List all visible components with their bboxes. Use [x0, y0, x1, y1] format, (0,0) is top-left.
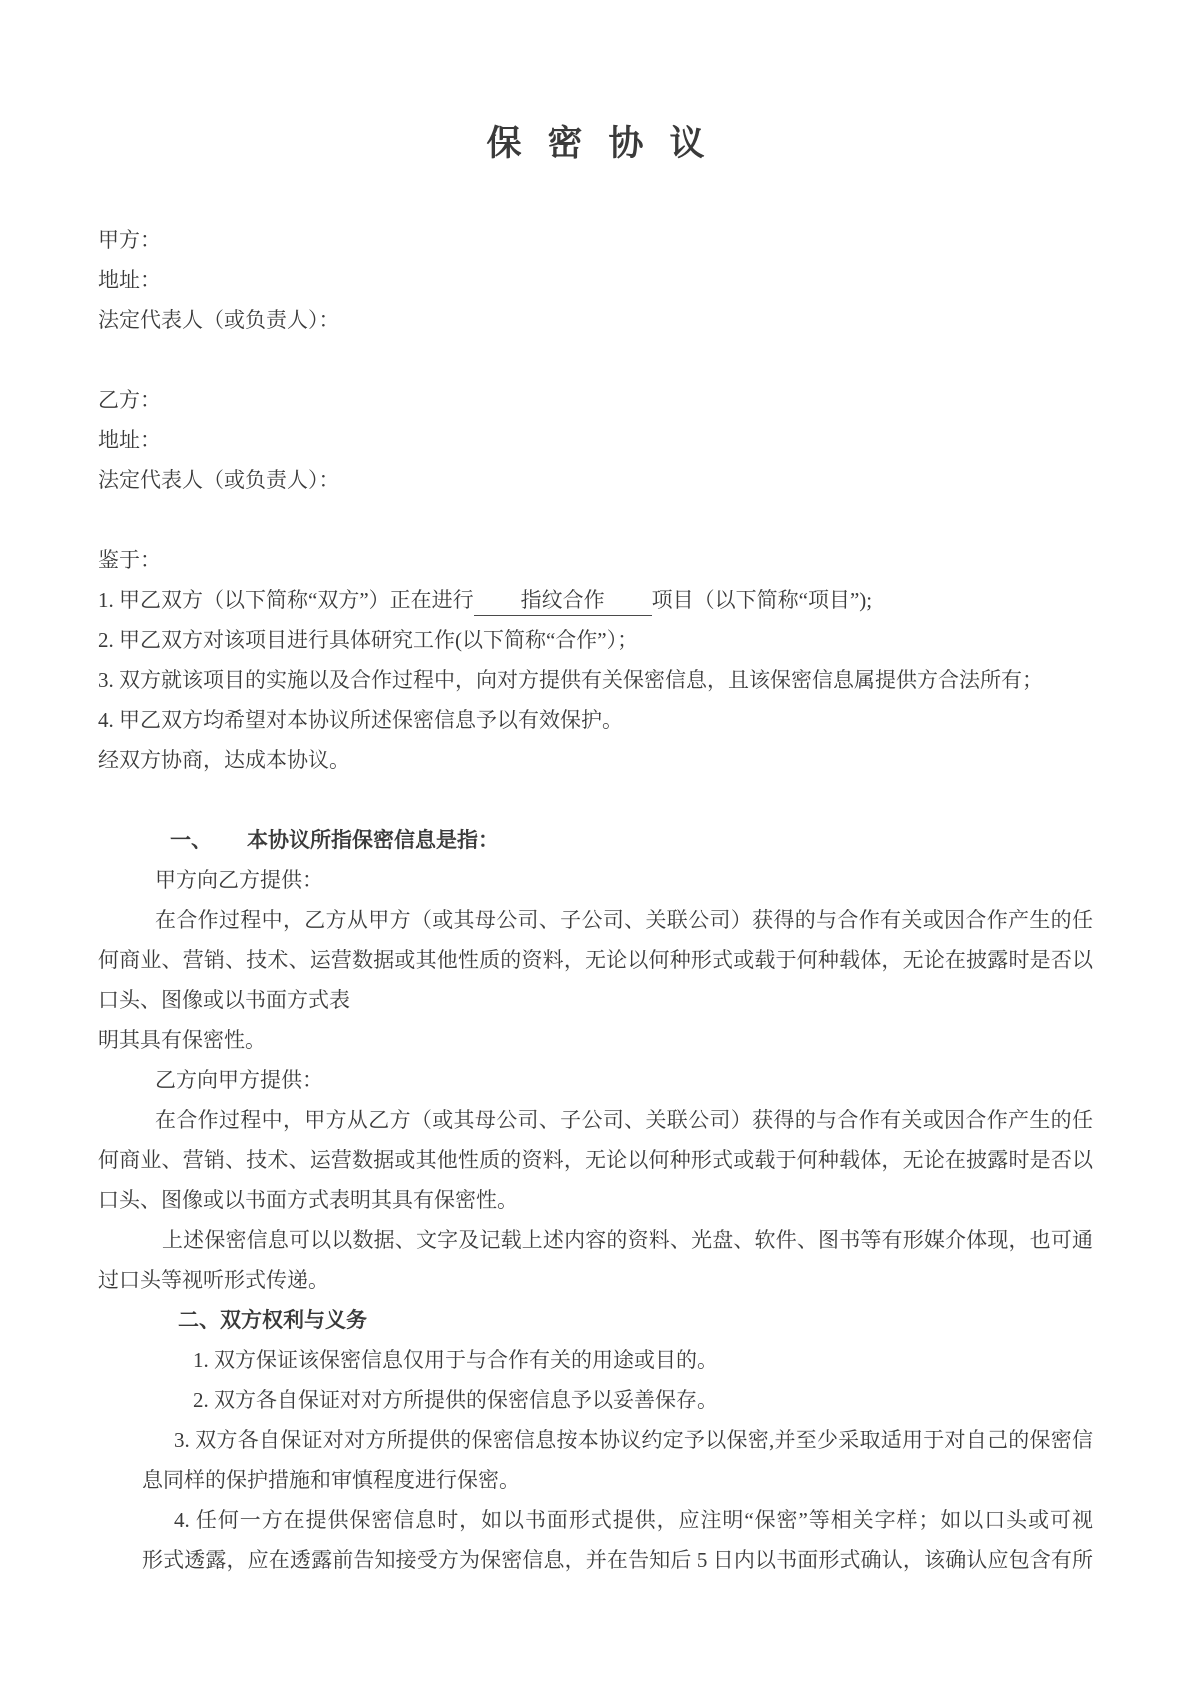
document-body: 甲方： 地址： 法定代表人（或负责人）： 乙方： 地址： 法定代表人（或负责人）… [98, 220, 1093, 1580]
section-1-heading-text: 本协议所指保密信息是指： [247, 828, 499, 852]
party-a-label: 甲方： [98, 220, 1093, 260]
preamble-item-1-prefix: 1. 甲乙双方（以下简称“双方”）正在进行 [98, 588, 474, 612]
document-title: 保密协议 [98, 0, 1093, 166]
preamble-item-1: 1. 甲乙双方（以下简称“双方”）正在进行指纹合作项目（以下简称“项目”); [98, 580, 1093, 620]
section-2-heading: 二、双方权利与义务 [98, 1300, 1093, 1340]
party-b-address-label: 地址： [98, 420, 1093, 460]
party-b-label: 乙方： [98, 380, 1093, 420]
whereas-label: 鉴于： [98, 540, 1093, 580]
confidential-media-paragraph: 上述保密信息可以以数据、文字及记载上述内容的资料、光盘、软件、图书等有形媒介体现… [98, 1220, 1093, 1300]
section-2-item-3: 3. 双方各自保证对对方所提供的保密信息按本协议约定予以保密,并至少采取适用于对… [98, 1420, 1093, 1500]
party-a-address-label: 地址： [98, 260, 1093, 300]
preamble-item-1-suffix: 项目（以下简称“项目”); [652, 588, 872, 612]
party-b-provides-paragraph: 在合作过程中，甲方从乙方（或其母公司、子公司、关联公司）获得的与合作有关或因合作… [98, 1100, 1093, 1220]
spacer [98, 340, 1093, 380]
spacer [98, 780, 1093, 820]
section-1-number: 一、 [170, 828, 212, 852]
party-a-representative-label: 法定代表人（或负责人）： [98, 300, 1093, 340]
project-name-blank: 指纹合作 [474, 585, 652, 616]
section-2-item-2: 2. 双方各自保证对对方所提供的保密信息予以妥善保存。 [98, 1380, 1093, 1420]
party-a-provides-paragraph-tail: 明其具有保密性。 [98, 1020, 1093, 1060]
preamble-item-3: 3. 双方就该项目的实施以及合作过程中，向对方提供有关保密信息，且该保密信息属提… [98, 660, 1093, 700]
party-a-provides-label: 甲方向乙方提供： [98, 860, 1093, 900]
section-2-item-4: 4. 任何一方在提供保密信息时，如以书面形式提供，应注明“保密”等相关字样；如以… [98, 1500, 1093, 1580]
party-b-representative-label: 法定代表人（或负责人）： [98, 460, 1093, 500]
preamble-item-4: 4. 甲乙双方均希望对本协议所述保密信息予以有效保护。 [98, 700, 1093, 740]
section-1-heading: 一、本协议所指保密信息是指： [98, 820, 1093, 860]
spacer [98, 500, 1093, 540]
party-a-provides-paragraph: 在合作过程中，乙方从甲方（或其母公司、子公司、关联公司）获得的与合作有关或因合作… [98, 900, 1093, 1020]
party-b-provides-label: 乙方向甲方提供： [98, 1060, 1093, 1100]
contract-page: 保密协议 甲方： 地址： 法定代表人（或负责人）： 乙方： 地址： 法定代表人（… [0, 0, 1191, 1684]
section-2-item-1: 1. 双方保证该保密信息仅用于与合作有关的用途或目的。 [98, 1340, 1093, 1380]
preamble-conclusion: 经双方协商，达成本协议。 [98, 740, 1093, 780]
preamble-item-2: 2. 甲乙双方对该项目进行具体研究工作(以下简称“合作”）； [98, 620, 1093, 660]
section-2-item-4-line-1: 4. 任何一方在提供保密信息时，如以书面形式提供，应注明“保密”等相关字样；如以… [142, 1500, 1093, 1540]
section-2-item-4-line-2: 形式透露，应在透露前告知接受方为保密信息，并在告知后 5 日内以书面形式确认，该… [142, 1540, 1093, 1580]
